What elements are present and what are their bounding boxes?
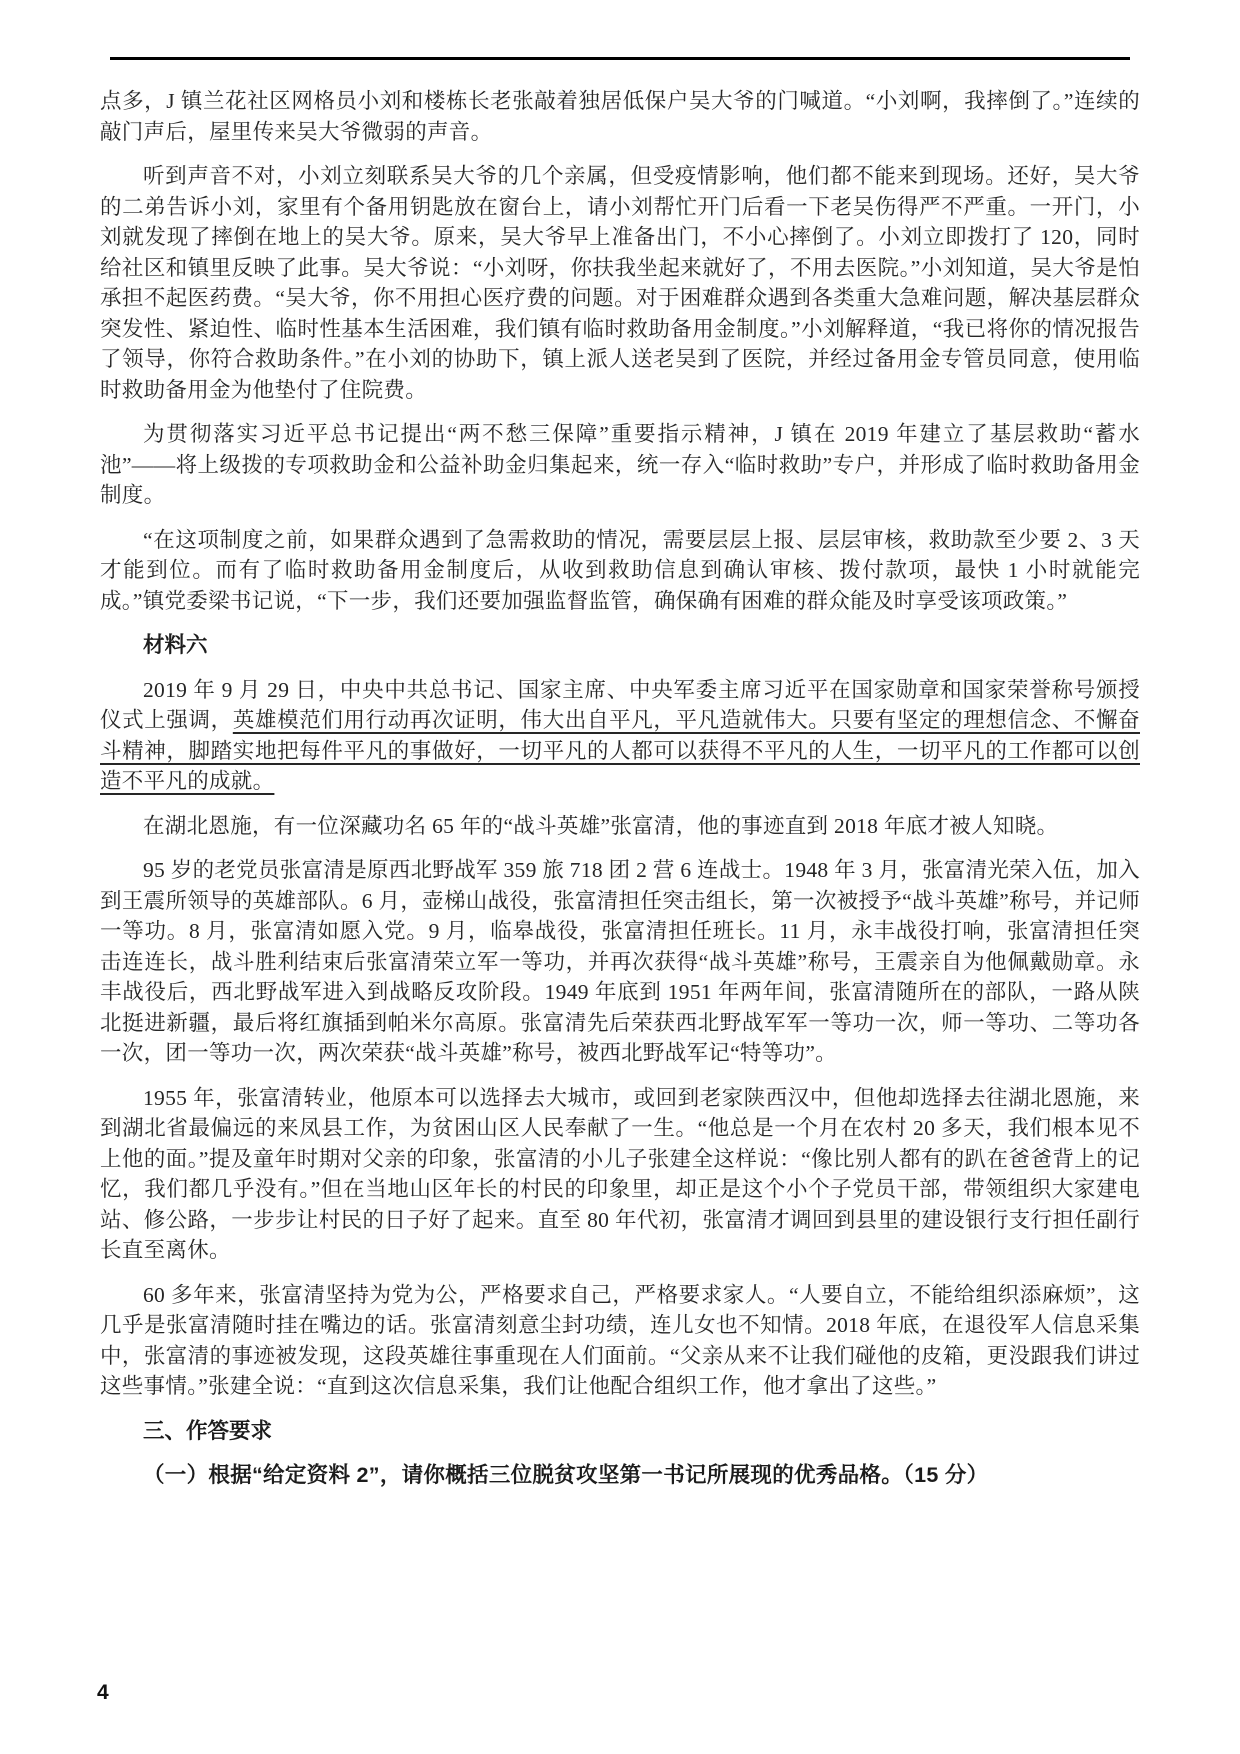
paragraph-zhangfuqing-intro: 在湖北恩施，有一位深藏功名 65 年的“战斗英雄”张富清，他的事迹直到 2018…	[100, 811, 1140, 842]
paragraph-lead-continuation: 点多，J 镇兰花社区网格员小刘和楼栋长老张敲着独居低保户吴大爷的门喊道。“小刘啊…	[100, 86, 1140, 147]
paragraph-zhangfuqing-civilian: 1955 年，张富清转业，他原本可以选择去大城市，或回到老家陕西汉中，但他却选择…	[100, 1083, 1140, 1266]
quote-underlined-text: 英雄模范们用行动再次证明，伟大出自平凡，平凡造就伟大。只要有坚定的理想信念、不懈…	[100, 708, 1140, 793]
heading-material-six: 材料六	[100, 630, 1140, 661]
paragraph-reservoir-policy: 为贯彻落实习近平总书记提出“两不愁三保障”重要指示精神，J 镇在 2019 年建…	[100, 419, 1140, 511]
paragraph-rescue-story: 听到声音不对，小刘立刻联系吴大爷的几个亲属，但受疫情影响，他们都不能来到现场。还…	[100, 161, 1140, 405]
question-one: （一）根据“给定资料 2”，请你概括三位脱贫攻坚第一书记所展现的优秀品格。（15…	[100, 1460, 1140, 1491]
paragraph-zhangfuqing-military: 95 岁的老党员张富清是原西北野战军 359 旅 718 团 2 营 6 连战士…	[100, 855, 1140, 1069]
heading-answer-requirements: 三、作答要求	[100, 1416, 1140, 1447]
header-rule	[110, 57, 1130, 60]
paragraph-secretary-quote: “在这项制度之前，如果群众遇到了急需救助的情况，需要层层上报、层层审核，救助款至…	[100, 525, 1140, 617]
page-content: 点多，J 镇兰花社区网格员小刘和楼栋长老张敲着独居低保户吴大爷的门喊道。“小刘啊…	[100, 86, 1140, 1505]
paragraph-zhangfuqing-integrity: 60 多年来，张富清坚持为党为公，严格要求自己，严格要求家人。“人要自立，不能给…	[100, 1280, 1140, 1402]
page-number: 4	[97, 1680, 109, 1706]
document-page: 点多，J 镇兰花社区网格员小刘和楼栋长老张敲着独居低保户吴大爷的门喊道。“小刘啊…	[0, 0, 1240, 1754]
paragraph-award-ceremony: 2019 年 9 月 29 日，中央中共总书记、国家主席、中央军委主席习近平在国…	[100, 675, 1140, 797]
